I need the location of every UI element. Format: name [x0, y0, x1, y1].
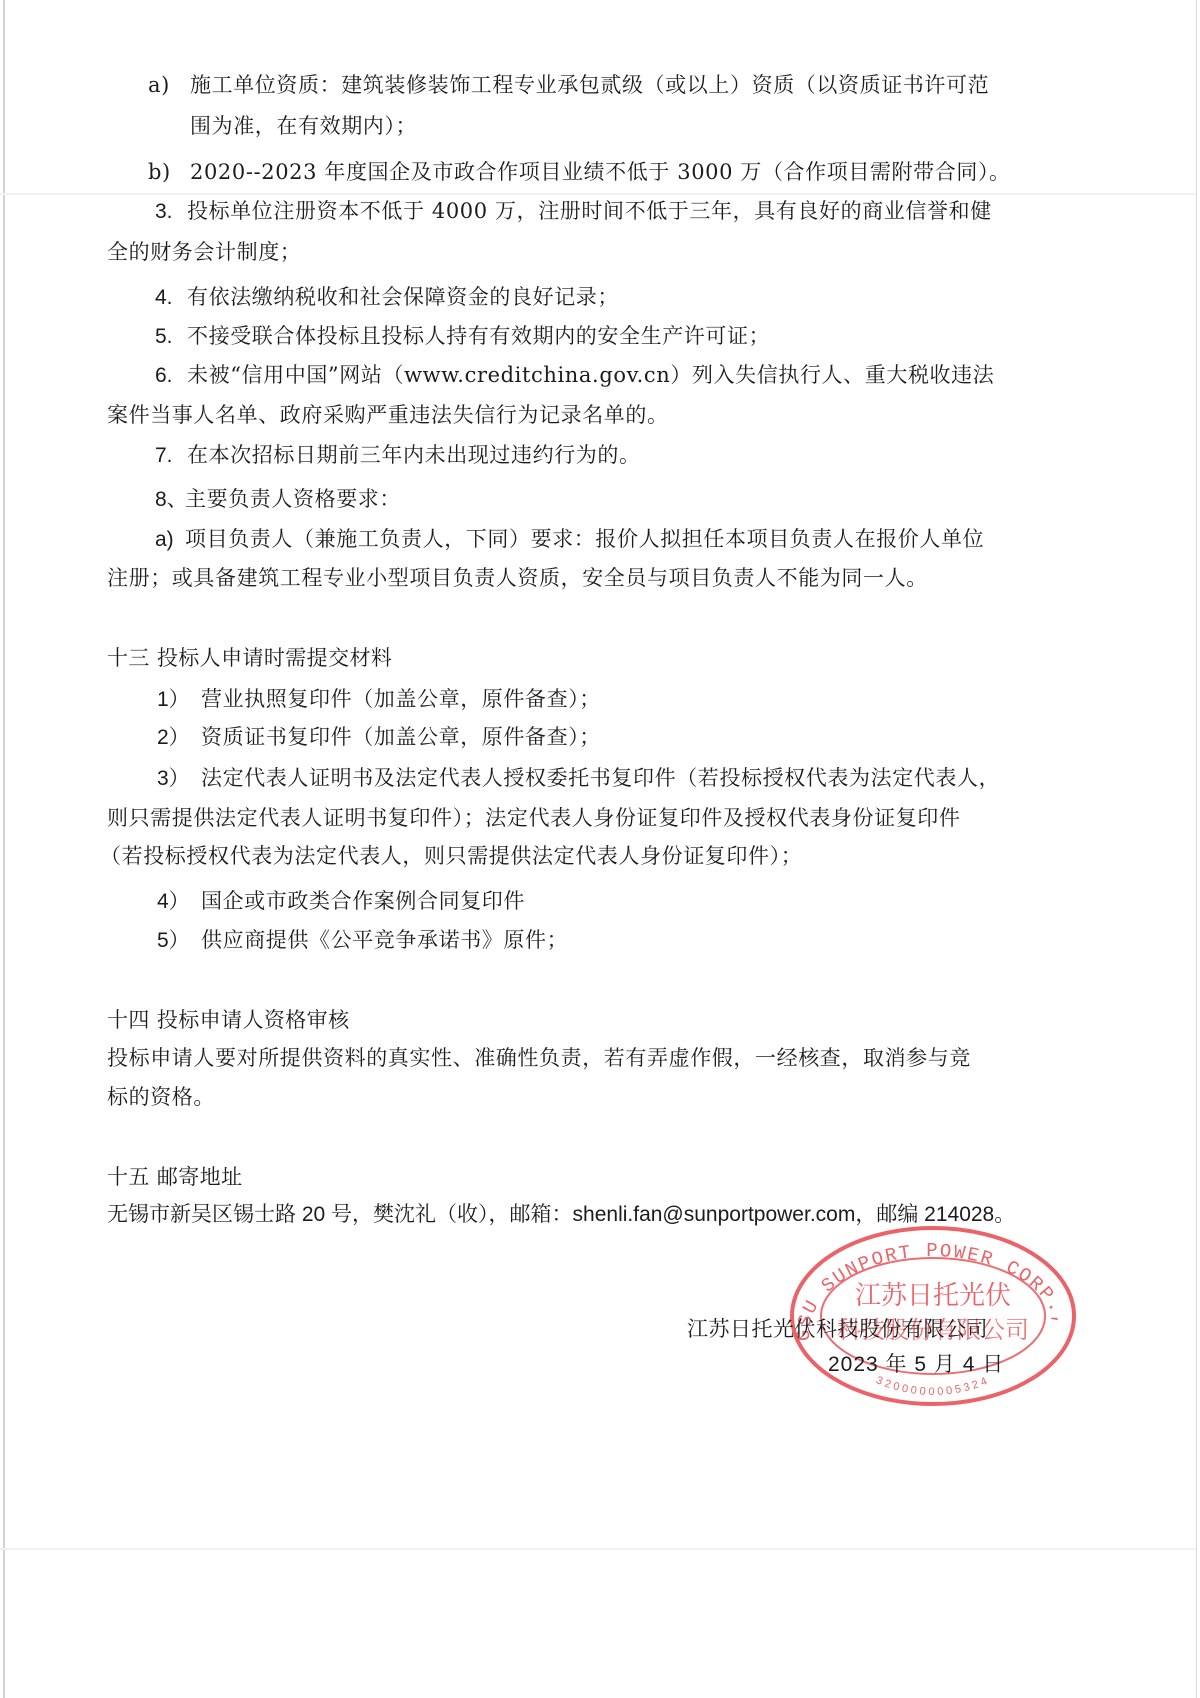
list-marker: 1） — [157, 685, 201, 715]
requirement-number: 3. — [155, 197, 187, 227]
qualification-a-text: 施工单位资质：建筑装修装饰工程专业承包贰级（或以上）资质（以资质证书许可范 — [190, 73, 989, 97]
requirement-text: 未被“信用中国”网站（www.creditchina.gov.cn）列入失信执行… — [187, 363, 994, 387]
list-marker: a) — [155, 525, 185, 555]
requirement-number: 7. — [155, 441, 187, 471]
section-13-item-3-line1: 3）法定代表人证明书及法定代表人授权委托书复印件（若投标授权代表为法定代表人， — [157, 763, 1000, 794]
qualification-a-line1: a)施工单位资质：建筑装修装饰工程专业承包贰级（或以上）资质（以资质证书许可范 — [148, 70, 989, 100]
list-marker: 2） — [157, 723, 201, 753]
section-13-title: 十三 投标人申请时需提交材料 — [107, 643, 392, 673]
item-text: 营业执照复印件（加盖公章，原件备查）； — [201, 687, 601, 711]
requirement-3-line2: 全的财务会计制度； — [107, 237, 301, 267]
requirement-6-line1: 6.未被“信用中国”网站（www.creditchina.gov.cn）列入失信… — [155, 360, 994, 391]
seal-center-line1: 江苏日托光伏 — [855, 1281, 1011, 1311]
section-13-item-3-line3: （若投标授权代表为法定代表人，则只需提供法定代表人身份证复印件）； — [100, 841, 802, 871]
requirement-number: 5. — [155, 322, 187, 352]
requirement-7: 7.在本次招标日期前三年内未出现过违约行为的。 — [155, 440, 641, 471]
requirement-text: 有依法缴纳税收和社会保障资金的良好记录； — [187, 285, 619, 309]
item-text: 法定代表人证明书及法定代表人授权委托书复印件（若投标授权代表为法定代表人， — [201, 766, 1000, 790]
list-marker: 5） — [157, 926, 201, 956]
item-text: 资质证书复印件（加盖公章，原件备查）； — [201, 725, 601, 749]
section-13-item-2: 2）资质证书复印件（加盖公章，原件备查）； — [157, 722, 601, 753]
requirement-text: 项目负责人（兼施工负责人，下同）要求：报价人拟担任本项目负责人在报价人单位 — [185, 527, 984, 551]
list-marker: b) — [148, 157, 190, 187]
section-15-title: 十五 邮寄地址 — [107, 1162, 242, 1192]
requirement-text: 主要负责人资格要求： — [185, 487, 401, 511]
scan-border-right — [1196, 0, 1197, 1698]
requirement-text: 不接受联合体投标且投标人持有有效期内的安全生产许可证； — [187, 324, 770, 348]
requirement-5: 5.不接受联合体投标且投标人持有有效期内的安全生产许可证； — [155, 321, 770, 352]
requirement-number: 4. — [155, 283, 187, 313]
section-13-item-3-line2: 则只需提供法定代表人证明书复印件）；法定代表人身份证复印件及授权代表身份证复印件 — [107, 803, 961, 833]
section-14-title: 十四 投标申请人资格审核 — [107, 1005, 349, 1035]
scan-artifact-line — [0, 193, 1196, 195]
requirement-4: 4.有依法缴纳税收和社会保障资金的良好记录； — [155, 282, 619, 313]
section-14-line1: 投标申请人要对所提供资料的真实性、准确性负责，若有弄虚作假，一经核查，取消参与竞 — [107, 1043, 971, 1073]
section-14-line2: 标的资格。 — [107, 1082, 215, 1112]
scan-border-left — [3, 0, 5, 1698]
list-marker: 3） — [157, 764, 201, 794]
requirement-8a-line1: a)项目负责人（兼施工负责人，下同）要求：报价人拟担任本项目负责人在报价人单位 — [155, 524, 984, 555]
section-13-item-1: 1）营业执照复印件（加盖公章，原件备查）； — [157, 684, 601, 715]
requirement-number: 6. — [155, 361, 187, 391]
requirement-text: 在本次招标日期前三年内未出现过违约行为的。 — [187, 443, 641, 467]
list-marker: a) — [148, 70, 190, 100]
requirement-6-line2: 案件当事人名单、政府采购严重违法失信行为记录名单的。 — [107, 400, 669, 430]
section-13-item-4: 4）国企或市政类合作案例合同复印件 — [157, 886, 525, 917]
requirement-3-line1: 3.投标单位注册资本不低于 4000 万，注册时间不低于三年，具有良好的商业信誉… — [155, 196, 992, 227]
signature-date: 2023 年 5 月 4 日 — [828, 1350, 1004, 1380]
item-text: 供应商提供《公平竞争承诺书》原件； — [201, 928, 568, 952]
signature-company: 江苏日托光伏科技股份有限公司 — [687, 1314, 988, 1344]
requirement-text: 投标单位注册资本不低于 4000 万，注册时间不低于三年，具有良好的商业信誉和健 — [187, 199, 992, 223]
scan-artifact-line — [0, 1548, 1196, 1550]
qualification-b-text: 2020--2023 年度国企及市政合作项目业绩不低于 3000 万（合作项目需… — [190, 160, 1011, 184]
requirement-8a-line2: 注册；或具备建筑工程专业小型项目负责人资质，安全员与项目负责人不能为同一人。 — [107, 563, 928, 593]
requirement-8: 8、主要负责人资格要求： — [155, 484, 401, 515]
qualification-a-line2: 围为准，在有效期内）； — [190, 111, 417, 141]
section-13-item-5: 5）供应商提供《公平竞争承诺书》原件； — [157, 925, 568, 956]
item-text: 国企或市政类合作案例合同复印件 — [201, 889, 525, 913]
qualification-b-line1: b)2020--2023 年度国企及市政合作项目业绩不低于 3000 万（合作项… — [148, 157, 1011, 187]
list-marker: 4） — [157, 887, 201, 917]
requirement-number: 8、 — [155, 485, 185, 515]
